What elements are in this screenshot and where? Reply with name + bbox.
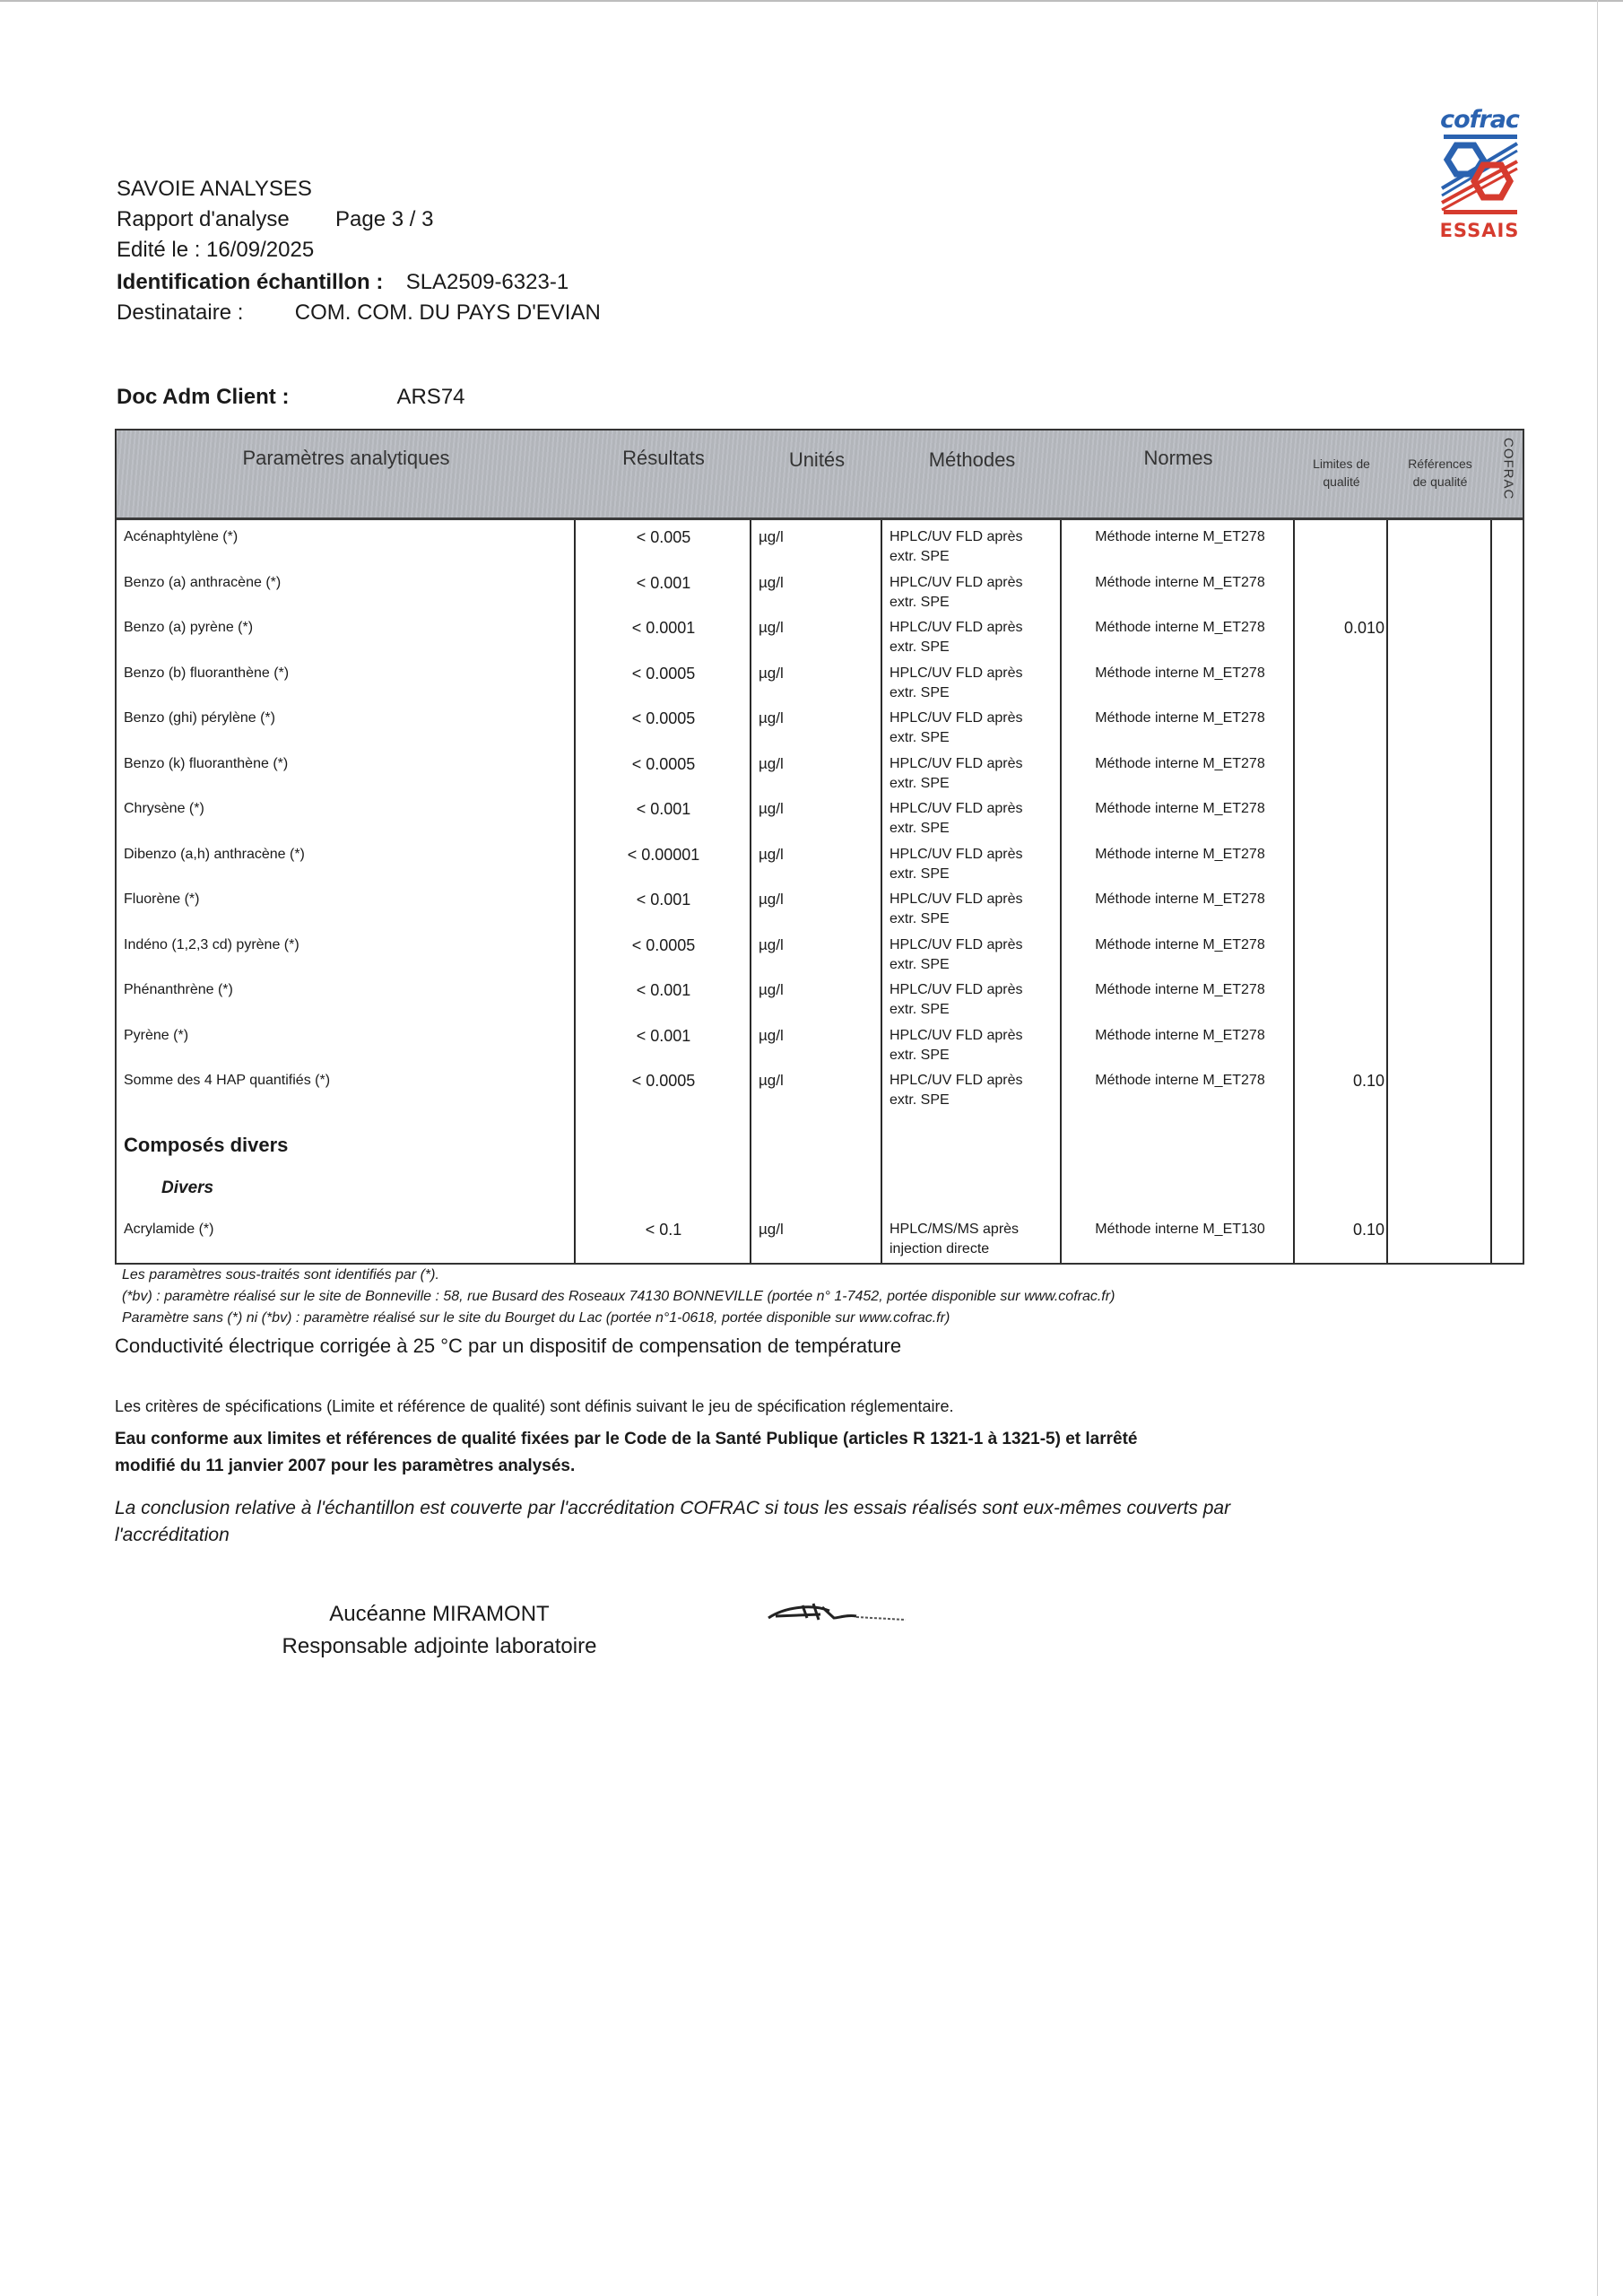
unit: µg/l <box>759 1220 784 1239</box>
method: HPLC/UV FLD aprèsextr. SPE <box>890 980 1060 1020</box>
method: HPLC/UV FLD aprèsextr. SPE <box>890 845 1060 884</box>
norm: Méthode interne M_ET278 <box>1067 935 1293 955</box>
result-value: < 0.001 <box>576 890 751 909</box>
unit: µg/l <box>759 754 784 774</box>
norm: Méthode interne M_ET278 <box>1067 618 1293 638</box>
unit: µg/l <box>759 709 784 728</box>
quality-limit: 0.010 <box>1297 618 1384 638</box>
param-name: Indéno (1,2,3 cd) pyrène (*) <box>124 935 299 955</box>
footnote: (*bv) : paramètre réalisé sur le site de… <box>122 1286 1115 1308</box>
cofrac-logo: cofrac ESSAIS <box>1438 108 1521 242</box>
client-doc-label: Doc Adm Client : <box>117 385 289 409</box>
method: HPLC/UV FLD aprèsextr. SPE <box>890 890 1060 929</box>
table-row: Benzo (b) fluoranthène (*) < 0.0005 µg/l… <box>117 664 1523 709</box>
unit: µg/l <box>759 573 784 593</box>
result-value: < 0.0005 <box>576 709 751 728</box>
footnote: Paramètre sans (*) ni (*bv) : paramètre … <box>122 1308 950 1329</box>
report-label: Rapport d'analyse <box>117 207 290 231</box>
param-name: Dibenzo (a,h) anthracène (*) <box>124 845 305 865</box>
method: HPLC/UV FLD aprèsextr. SPE <box>890 709 1060 748</box>
param-name: Benzo (k) fluoranthène (*) <box>124 754 288 774</box>
table-header: Paramètres analytiques Résultats Unités … <box>117 430 1523 520</box>
result-value: < 0.001 <box>576 1026 751 1046</box>
method: HPLC/UV FLD aprèsextr. SPE <box>890 618 1060 657</box>
param-name: Pyrène (*) <box>124 1026 188 1046</box>
result-value: < 0.005 <box>576 527 751 547</box>
param-name: Chrysène (*) <box>124 799 204 819</box>
signatory-title: Responsable adjointe laboratoire <box>269 1631 610 1663</box>
logo-wordmark: cofrac <box>1438 108 1521 133</box>
norm: Méthode interne M_ET130 <box>1067 1220 1293 1239</box>
unit: µg/l <box>759 1026 784 1046</box>
conformity-statement-cont: modifié du 11 janvier 2007 pour les para… <box>115 1457 575 1476</box>
norm: Méthode interne M_ET278 <box>1067 845 1293 865</box>
param-name: Somme des 4 HAP quantifiés (*) <box>124 1071 330 1091</box>
method: HPLC/UV FLD aprèsextr. SPE <box>890 1026 1060 1065</box>
param-name: Benzo (b) fluoranthène (*) <box>124 664 289 683</box>
method: HPLC/UV FLD aprèsextr. SPE <box>890 527 1060 567</box>
report-line: Rapport d'analyse Page 3 / 3 <box>117 204 433 235</box>
result-value: < 0.001 <box>576 980 751 1000</box>
unit: µg/l <box>759 1071 784 1091</box>
table-row: Indéno (1,2,3 cd) pyrène (*) < 0.0005 µg… <box>117 935 1523 980</box>
quality-limit: 0.10 <box>1297 1071 1384 1091</box>
sample-id-value: SLA2509-6323-1 <box>406 270 568 294</box>
col-header-parameters: Paramètres analytiques <box>117 430 576 517</box>
norm: Méthode interne M_ET278 <box>1067 890 1293 909</box>
col-header-methods: Méthodes <box>882 430 1062 517</box>
norm: Méthode interne M_ET278 <box>1067 1071 1293 1091</box>
table-row: Benzo (k) fluoranthène (*) < 0.0005 µg/l… <box>117 754 1523 799</box>
quality-limit: 0.10 <box>1297 1220 1384 1239</box>
result-value: < 0.00001 <box>576 845 751 865</box>
table-row: Acrylamide (*) < 0.1 µg/l HPLC/MS/MS apr… <box>117 1220 1523 1265</box>
norm: Méthode interne M_ET278 <box>1067 573 1293 593</box>
criteria-note: Les critères de spécifications (Limite e… <box>115 1397 954 1416</box>
col-header-quality-limits: Limites de qualité <box>1295 430 1388 517</box>
signatory-name: Aucéanne MIRAMONT <box>269 1598 610 1631</box>
col-header-units: Unités <box>751 430 882 517</box>
company-name: SAVOIE ANALYSES <box>117 174 312 204</box>
unit: µg/l <box>759 935 784 955</box>
page-edge-right <box>1597 0 1598 2296</box>
method: HPLC/UV FLD aprèsextr. SPE <box>890 799 1060 839</box>
client-doc-value: ARS74 <box>396 385 464 409</box>
edited-date: Edité le : 16/09/2025 <box>117 235 314 265</box>
table-row: Pyrène (*) < 0.001 µg/l HPLC/UV FLD aprè… <box>117 1026 1523 1071</box>
table-row: Benzo (a) pyrène (*) < 0.0001 µg/l HPLC/… <box>117 618 1523 663</box>
result-value: < 0.1 <box>576 1220 751 1239</box>
results-table: Paramètres analytiques Résultats Unités … <box>115 429 1524 1265</box>
subsection-title: Divers <box>161 1178 213 1198</box>
result-value: < 0.0001 <box>576 618 751 638</box>
norm: Méthode interne M_ET278 <box>1067 709 1293 728</box>
param-name: Benzo (ghi) pérylène (*) <box>124 709 275 728</box>
unit: µg/l <box>759 890 784 909</box>
method: HPLC/UV FLD aprèsextr. SPE <box>890 573 1060 613</box>
param-name: Acénaphtylène (*) <box>124 527 238 547</box>
col-header-quality-references: Références de qualité <box>1388 430 1492 517</box>
table-row: Phénanthrène (*) < 0.001 µg/l HPLC/UV FL… <box>117 980 1523 1025</box>
result-value: < 0.0005 <box>576 664 751 683</box>
unit: µg/l <box>759 980 784 1000</box>
table-row: Benzo (a) anthracène (*) < 0.001 µg/l HP… <box>117 573 1523 618</box>
col-header-norms: Normes <box>1062 430 1295 517</box>
table-row: Benzo (ghi) pérylène (*) < 0.0005 µg/l H… <box>117 709 1523 753</box>
unit: µg/l <box>759 664 784 683</box>
client-doc-line: Doc Adm Client : ARS74 <box>117 382 465 413</box>
logo-essais: ESSAIS <box>1438 220 1521 241</box>
norm: Méthode interne M_ET278 <box>1067 754 1293 774</box>
param-name: Phénanthrène (*) <box>124 980 233 1000</box>
method: HPLC/MS/MS aprèsinjection directe <box>890 1220 1060 1259</box>
conformity-statement: Eau conforme aux limites et références d… <box>115 1430 1137 1449</box>
sample-id-line: Identification échantillon : SLA2509-632… <box>117 267 568 298</box>
norm: Méthode interne M_ET278 <box>1067 799 1293 819</box>
param-name: Acrylamide (*) <box>124 1220 213 1239</box>
sample-id-label: Identification échantillon : <box>117 270 383 294</box>
accreditation-note: La conclusion relative à l'échantillon e… <box>115 1498 1230 1519</box>
norm: Méthode interne M_ET278 <box>1067 1026 1293 1046</box>
result-value: < 0.0005 <box>576 935 751 955</box>
norm: Méthode interne M_ET278 <box>1067 527 1293 547</box>
unit: µg/l <box>759 527 784 547</box>
cofrac-emblem-icon <box>1438 133 1521 215</box>
param-name: Benzo (a) anthracène (*) <box>124 573 281 593</box>
result-value: < 0.0005 <box>576 754 751 774</box>
recipient-value: COM. COM. DU PAYS D'EVIAN <box>295 300 601 325</box>
method: HPLC/UV FLD aprèsextr. SPE <box>890 1071 1060 1110</box>
result-value: < 0.001 <box>576 573 751 593</box>
method: HPLC/UV FLD aprèsextr. SPE <box>890 935 1060 975</box>
unit: µg/l <box>759 799 784 819</box>
method: HPLC/UV FLD aprèsextr. SPE <box>890 664 1060 703</box>
table-row: Somme des 4 HAP quantifiés (*) < 0.0005 … <box>117 1071 1523 1116</box>
unit: µg/l <box>759 618 784 638</box>
signature-icon <box>767 1598 910 1625</box>
recipient-line: Destinataire : COM. COM. DU PAYS D'EVIAN <box>117 298 601 328</box>
page-number: Page 3 / 3 <box>335 207 433 231</box>
footnote: Les paramètres sous-traités sont identif… <box>122 1265 439 1286</box>
table-row: Acénaphtylène (*) < 0.005 µg/l HPLC/UV F… <box>117 527 1523 572</box>
col-header-results: Résultats <box>576 430 751 517</box>
table-row: Fluorène (*) < 0.001 µg/l HPLC/UV FLD ap… <box>117 890 1523 935</box>
col-header-cofrac: COFRAC <box>1492 430 1524 517</box>
norm: Méthode interne M_ET278 <box>1067 664 1293 683</box>
result-value: < 0.0005 <box>576 1071 751 1091</box>
norm: Méthode interne M_ET278 <box>1067 980 1293 1000</box>
table-row: Chrysène (*) < 0.001 µg/l HPLC/UV FLD ap… <box>117 799 1523 844</box>
result-value: < 0.001 <box>576 799 751 819</box>
param-name: Fluorène (*) <box>124 890 199 909</box>
accreditation-note-cont: l'accréditation <box>115 1525 230 1546</box>
table-row: Dibenzo (a,h) anthracène (*) < 0.00001 µ… <box>117 845 1523 890</box>
section-title: Composés divers <box>124 1134 288 1157</box>
unit: µg/l <box>759 845 784 865</box>
page-edge <box>0 0 1623 2</box>
method: HPLC/UV FLD aprèsextr. SPE <box>890 754 1060 794</box>
param-name: Benzo (a) pyrène (*) <box>124 618 253 638</box>
conductivity-note: Conductivité électrique corrigée à 25 °C… <box>115 1335 901 1358</box>
recipient-label: Destinataire : <box>117 300 243 325</box>
